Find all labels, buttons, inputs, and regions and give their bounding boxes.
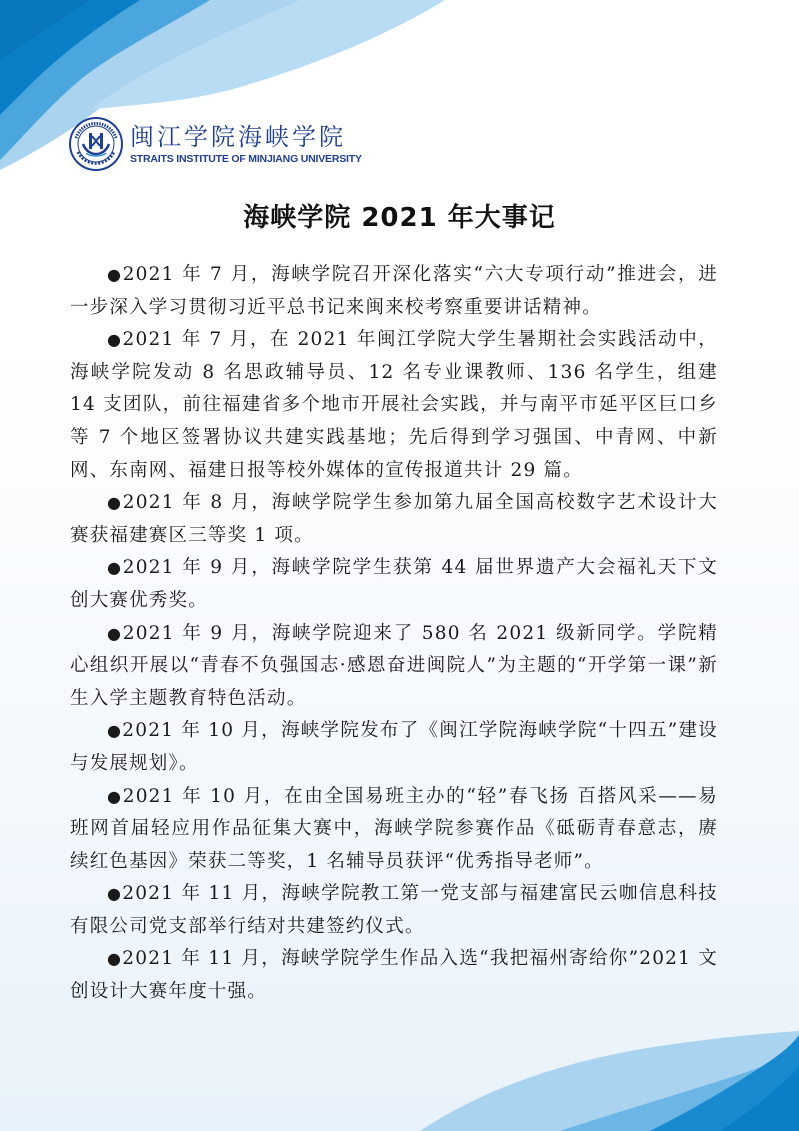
events-list: ●2021 年 7 月，海峡学院召开深化落实“六大专项行动”推进会，进一步深入学… bbox=[70, 259, 718, 1009]
event-text: 2021 年 11 月，海峡学院教工第一党支部与福建富民云咖信息科技有限公司党支… bbox=[70, 883, 718, 937]
event-item: ●2021 年 7 月，海峡学院召开深化落实“六大专项行动”推进会，进一步深入学… bbox=[70, 259, 718, 324]
page-title: 海峡学院 2021 年大事记 bbox=[0, 198, 799, 238]
bullet-icon: ● bbox=[107, 884, 122, 903]
logo-english-name: STRAITS INSTITUTE OF MINJIANG UNIVERSITY bbox=[130, 152, 362, 166]
event-text: 2021 年 9 月，海峡学院学生获第 44 届世界遗产大会福礼天下文创大赛优秀… bbox=[70, 557, 718, 611]
event-text: 2021 年 8 月，海峡学院学生参加第九届全国高校数字艺术设计大赛获福建赛区三… bbox=[70, 492, 718, 546]
bullet-icon: ● bbox=[107, 493, 123, 512]
event-text: 2021 年 10 月，在由全国易班主办的“轻”春飞扬 百搭风采——易班网首届轻… bbox=[70, 786, 718, 872]
event-item: ●2021 年 11 月，海峡学院教工第一党支部与福建富民云咖信息科技有限公司党… bbox=[70, 878, 718, 943]
event-text: 2021 年 10 月，海峡学院发布了《闽江学院海峡学院“十四五”建设与发展规划… bbox=[70, 720, 718, 774]
event-item: ●2021 年 10 月，海峡学院发布了《闽江学院海峡学院“十四五”建设与发展规… bbox=[70, 715, 718, 780]
bullet-icon: ● bbox=[107, 558, 123, 577]
logo-chinese-name: 闽江学院海峡学院 bbox=[130, 122, 362, 152]
event-item: ●2021 年 7 月，在 2021 年闽江学院大学生暑期社会实践活动中，海峡学… bbox=[70, 324, 718, 487]
bullet-icon: ● bbox=[107, 265, 123, 284]
event-item: ●2021 年 9 月，海峡学院迎来了 580 名 2021 级新同学。学院精心… bbox=[70, 618, 718, 716]
event-item: ●2021 年 9 月，海峡学院学生获第 44 届世界遗产大会福礼天下文创大赛优… bbox=[70, 552, 718, 617]
bullet-icon: ● bbox=[107, 624, 123, 643]
event-text: 2021 年 7 月，在 2021 年闽江学院大学生暑期社会实践活动中，海峡学院… bbox=[70, 329, 718, 480]
bullet-icon: ● bbox=[107, 787, 123, 806]
event-text: 2021 年 7 月，海峡学院召开深化落实“六大专项行动”推进会，进一步深入学习… bbox=[70, 264, 718, 318]
event-text: 2021 年 9 月，海峡学院迎来了 580 名 2021 级新同学。学院精心组… bbox=[70, 623, 718, 709]
bottom-wave-decoration bbox=[0, 991, 799, 1131]
bullet-icon: ● bbox=[107, 949, 122, 968]
event-item: ●2021 年 8 月，海峡学院学生参加第九届全国高校数字艺术设计大赛获福建赛区… bbox=[70, 487, 718, 552]
bullet-icon: ● bbox=[107, 330, 123, 349]
bullet-icon: ● bbox=[107, 721, 122, 740]
school-emblem-icon bbox=[68, 116, 124, 172]
event-item: ●2021 年 11 月，海峡学院学生作品入选“我把福州寄给你”2021 文创设… bbox=[70, 943, 718, 1008]
event-text: 2021 年 11 月，海峡学院学生作品入选“我把福州寄给你”2021 文创设计… bbox=[70, 948, 718, 1002]
event-item: ●2021 年 10 月，在由全国易班主办的“轻”春飞扬 百搭风采——易班网首届… bbox=[70, 781, 718, 879]
school-logo: 闽江学院海峡学院 STRAITS INSTITUTE OF MINJIANG U… bbox=[68, 116, 362, 172]
